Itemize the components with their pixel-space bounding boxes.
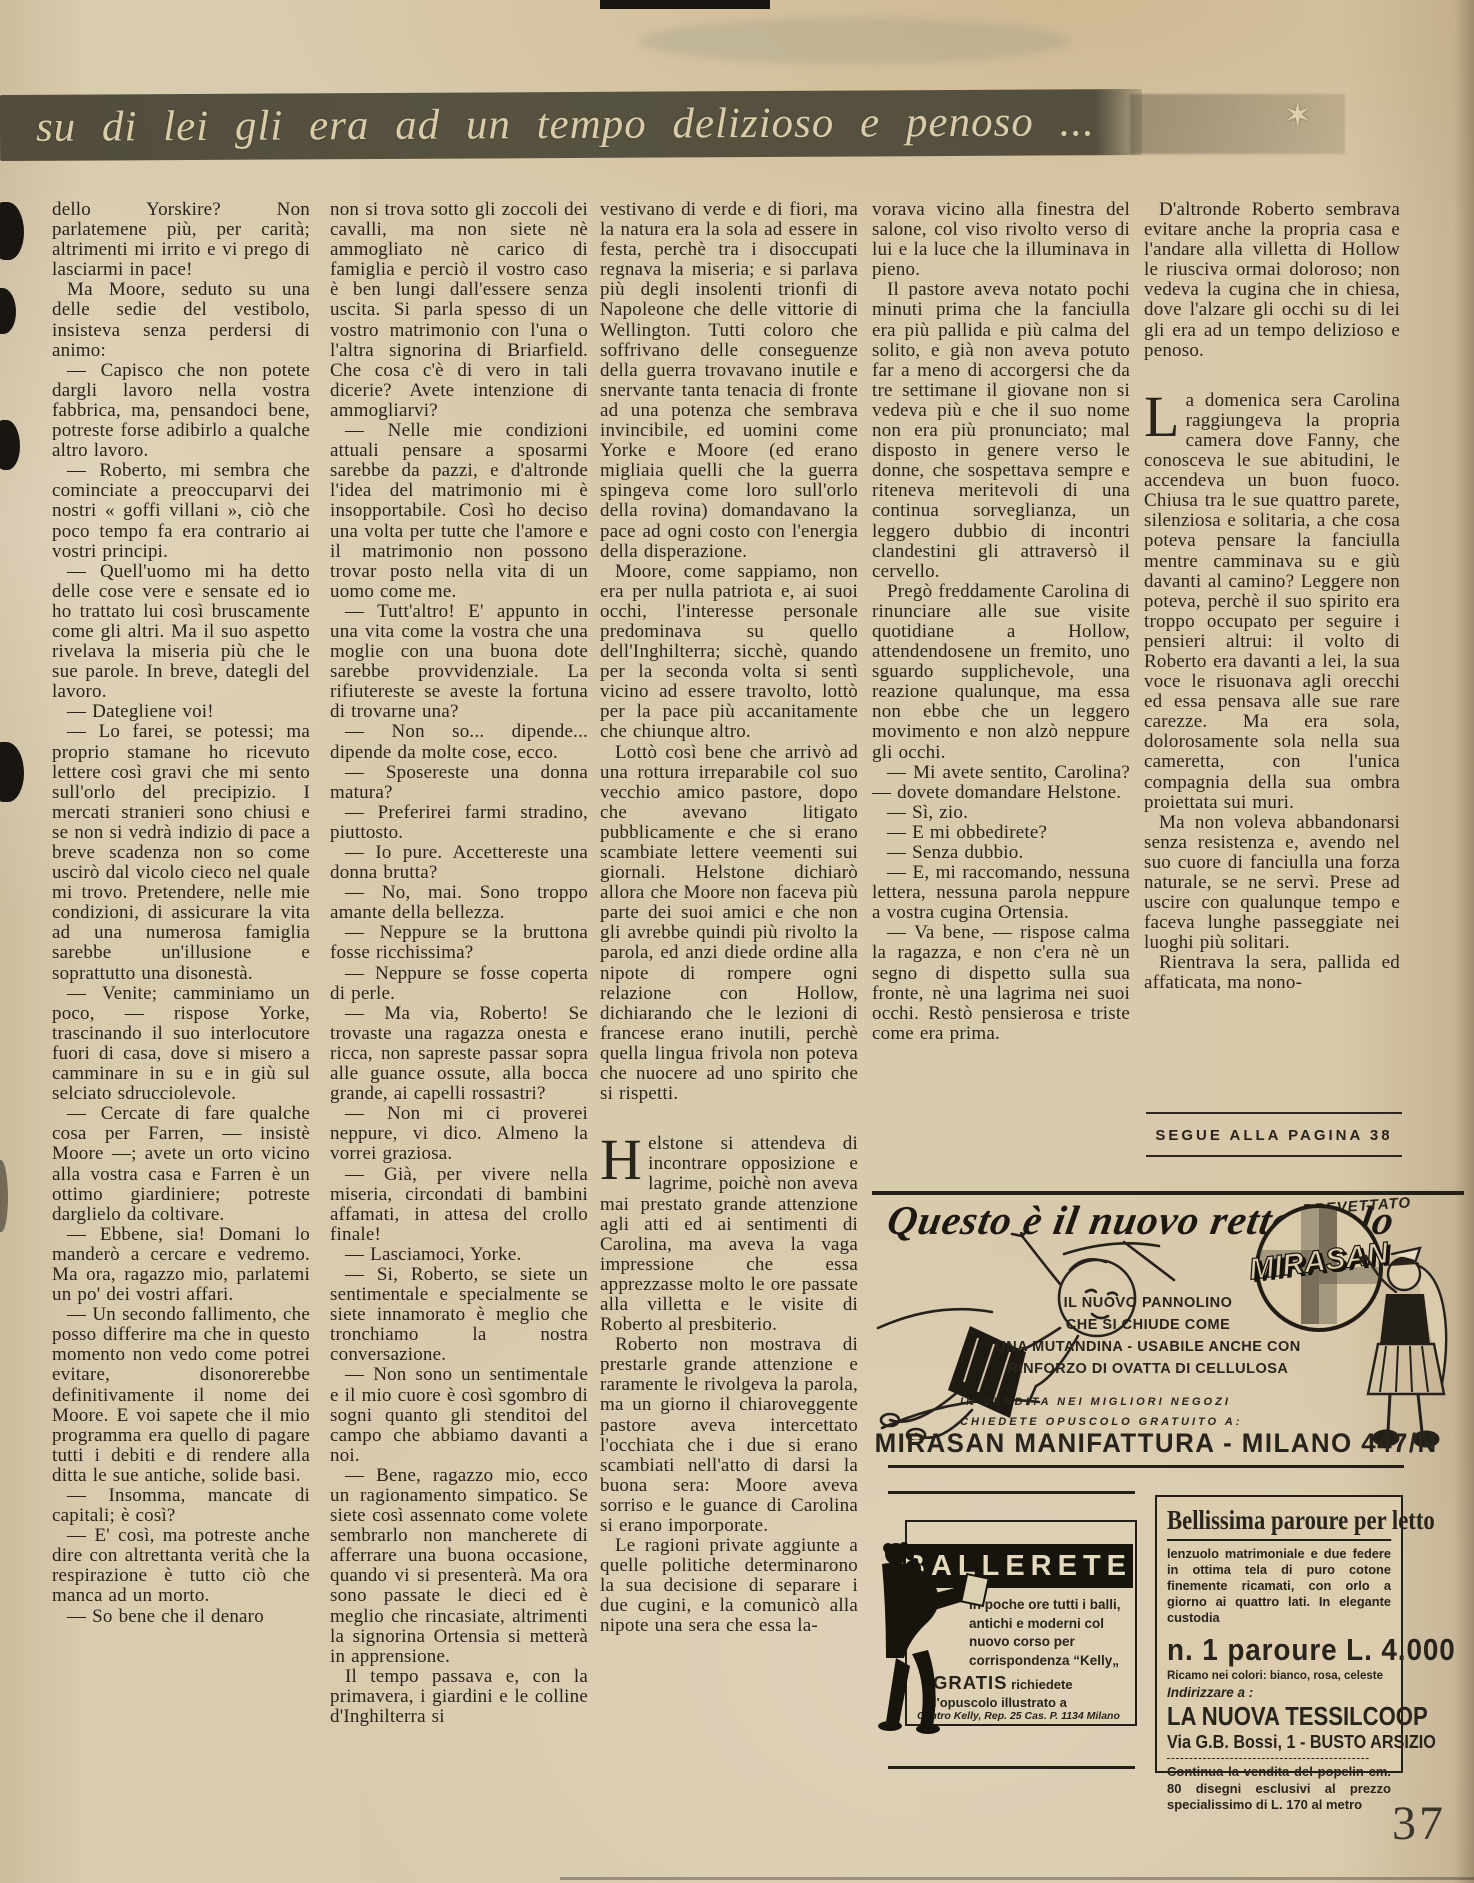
body-paragraph: — Neppure se fosse coperta di perle.: [330, 964, 588, 1004]
tessilcoop-footer: Continua la vendita del popelin cm. 80 d…: [1167, 1764, 1391, 1814]
ad-text-line: RINFORZO DI OVATTA DI CELLULOSA: [952, 1358, 1344, 1380]
tessilcoop-company: LA NUOVA TESSILCOOP: [1167, 1701, 1357, 1732]
tessilcoop-price: n. 1 paroure L. 4.000: [1167, 1632, 1391, 1668]
body-paragraph: La domenica sera Carolina raggiungeva la…: [1144, 391, 1400, 813]
divider-rule: [888, 1491, 1135, 1494]
body-paragraph: — Non sono un sentimentale e il mio cuor…: [330, 1365, 588, 1465]
header-banner: su di lei gli era ad un tempo delizioso …: [0, 89, 1142, 161]
body-paragraph: — Neppure se la bruttona fosse ricchissi…: [330, 923, 588, 963]
ad-text-line: CHE SI CHIUDE COME: [952, 1314, 1344, 1336]
body-paragraph: — Senza dubbio.: [872, 843, 1130, 863]
tessilcoop-address-label: Indirizzare a :: [1167, 1685, 1391, 1700]
scan-artifact: [600, 0, 770, 9]
body-paragraph: — Un secondo fallimento, che posso diffe…: [52, 1305, 310, 1486]
body-paragraph: Ma non voleva abbandonarsi senza resiste…: [1144, 813, 1400, 954]
body-paragraph: — So bene che il denaro: [52, 1607, 310, 1627]
scan-artifact: [560, 1877, 1474, 1880]
body-paragraph: — Sì, zio.: [872, 803, 1130, 823]
mirasan-slogan: IL NUOVO PANNOLINOCHE SI CHIUDE COMEUNA …: [952, 1292, 1344, 1380]
body-paragraph: — No, mai. Sono troppo amante della bell…: [330, 883, 588, 923]
body-paragraph: — Lasciamoci, Yorke.: [330, 1245, 588, 1265]
banner-wash: [1130, 94, 1345, 154]
body-paragraph: Lottò così bene che arrivò ad una rottur…: [600, 743, 858, 1105]
body-paragraph: — Preferirei farmi stradino, piuttosto.: [330, 803, 588, 843]
body-paragraph: D'altronde Roberto sembrava evitare anch…: [1144, 200, 1400, 361]
body-paragraph: — Dategliene voi!: [52, 702, 310, 722]
body-paragraph: vestivano di verde e di fiori, ma la nat…: [600, 200, 858, 562]
body-paragraph: — E, mi raccomando, nessuna lettera, nes…: [872, 863, 1130, 923]
body-paragraph: Pregò freddamente Carolina di rinunciare…: [872, 582, 1130, 763]
divider-rule: [872, 1191, 1464, 1195]
body-paragraph: — Ebbene, sia! Domani lo manderò a cerca…: [52, 1225, 310, 1305]
body-paragraph: — Quell'uomo mi ha detto delle cose vere…: [52, 562, 310, 703]
mirasan-notes: IN VENDITA NEI MIGLIORI NEGOZICHIEDETE O…: [960, 1392, 1290, 1432]
body-paragraph: Roberto non mostrava di prestarle grande…: [600, 1335, 858, 1536]
body-paragraph: — Lo farei, se potessi; ma proprio stama…: [52, 722, 310, 983]
scan-artifact: [0, 742, 24, 802]
scan-artifact: [0, 420, 20, 470]
body-paragraph: Le ragioni private aggiunte a quelle pol…: [600, 1536, 858, 1636]
scan-artifact: [0, 202, 24, 260]
body-paragraph: — Ma via, Roberto! Se trovaste una ragaz…: [330, 1004, 588, 1104]
body-paragraph: — Già, per vivere nella miseria, circond…: [330, 1165, 588, 1245]
dancing-couple-illustration: [866, 1538, 994, 1734]
body-paragraph: — Capisco che non potete dargli lavoro n…: [52, 361, 310, 461]
body-paragraph: — Bene, ragazzo mio, ecco un ragionament…: [330, 1466, 588, 1667]
body-paragraph: — Cercate di fare qualche cosa per Farre…: [52, 1104, 310, 1225]
body-paragraph: — Roberto, mi sembra che cominciate a pr…: [52, 461, 310, 561]
divider-rule: [888, 1465, 1404, 1468]
text-column-2: non si trova sotto gli zoccoli dei caval…: [330, 200, 588, 1792]
body-paragraph: — Tutt'altro! E' appunto in una vita com…: [330, 602, 588, 723]
body-paragraph: — Non mi ci proverei neppure, vi dico. A…: [330, 1104, 588, 1164]
ad-text-line: IN VENDITA NEI MIGLIORI NEGOZI: [960, 1392, 1290, 1412]
mirasan-footer: MIRASAN MANIFATTURA - MILANO 447/N: [872, 1428, 1440, 1459]
text-column-4: vorava vicino alla finestra del salone, …: [872, 200, 1130, 1165]
page-number: 37: [1392, 1796, 1446, 1851]
body-paragraph: dello Yorskire? Non parlatemene più, per…: [52, 200, 310, 280]
ad-text-line: UNA MUTANDINA - USABILE ANCHE CON: [952, 1336, 1344, 1358]
banner-title: su di lei gli era ad un tempo delizioso …: [36, 97, 1095, 152]
body-paragraph: — Sposereste una donna matura?: [330, 763, 588, 803]
body-paragraph: Moore, come sappiamo, non era per nulla …: [600, 562, 858, 743]
divider-rule: [888, 1766, 1135, 1769]
body-paragraph: non si trova sotto gli zoccoli dei caval…: [330, 200, 588, 421]
body-paragraph: — Non so... dipende... dipende da molte …: [330, 722, 588, 762]
body-paragraph: Rientrava la sera, pallida ed affaticata…: [1144, 953, 1400, 993]
text-column-3: vestivano di verde e di fiori, ma la nat…: [600, 200, 858, 1760]
body-paragraph: — Insomma, mancate di capitali; è così?: [52, 1486, 310, 1526]
page-curl-shadow: [1454, 0, 1474, 1883]
tessilcoop-ad: Bellissima paroure per letto lenzuolo ma…: [1155, 1495, 1403, 1773]
body-paragraph: — E mi obbedirete?: [872, 823, 1130, 843]
body-paragraph: — E' così, ma potreste anche dire con al…: [52, 1526, 310, 1606]
body-paragraph: — Io pure. Accettereste una donna brutta…: [330, 843, 588, 883]
body-paragraph: Ma Moore, seduto su una delle sedie del …: [52, 280, 310, 360]
body-paragraph: — Venite; camminiamo un poco, — rispose …: [52, 984, 310, 1105]
text-column-1: dello Yorskire? Non parlatemene più, per…: [52, 200, 310, 1792]
text-column-5: D'altronde Roberto sembrava evitare anch…: [1144, 200, 1400, 1100]
tessilcoop-desc: lenzuolo matrimoniale e due federe in ot…: [1167, 1546, 1391, 1626]
tessilcoop-title: Bellissima paroure per letto: [1167, 1505, 1391, 1541]
body-paragraph: — Si, Roberto, se siete un sentimentale …: [330, 1265, 588, 1365]
body-paragraph: Helstone si attendeva di incontrare oppo…: [600, 1134, 858, 1335]
body-paragraph: vorava vicino alla finestra del salone, …: [872, 200, 1130, 280]
drop-cap: H: [600, 1134, 648, 1183]
body-paragraph: — Va bene, — rispose calma la ragazza, e…: [872, 923, 1130, 1044]
star-icon: ✶: [1283, 96, 1312, 136]
body-paragraph: Il tempo passava e, con la primavera, i …: [330, 1667, 588, 1727]
body-paragraph: — Nelle mie condizioni attuali pensare a…: [330, 421, 588, 602]
tessilcoop-colors: Ricamo nei colori: bianco, rosa, celeste: [1167, 1670, 1391, 1682]
drop-cap: L: [1144, 391, 1186, 440]
scan-artifact: [0, 288, 16, 334]
magazine-page: su di lei gli era ad un tempo delizioso …: [0, 0, 1474, 1883]
scan-artifact: [0, 1160, 8, 1232]
segue-note: SEGUE ALLA PAGINA 38: [1146, 1112, 1402, 1157]
bleed-through-smudge: [640, 18, 1070, 64]
tessilcoop-address: Via G.B. Bossi, 1 - BUSTO ARSIZIO: [1167, 1732, 1369, 1759]
ad-text-line: IL NUOVO PANNOLINO: [952, 1292, 1344, 1314]
body-paragraph: Il pastore aveva notato pochi minuti pri…: [872, 280, 1130, 581]
nurse-girl-illustration: [1352, 1236, 1464, 1448]
body-paragraph: — Mi avete sentito, Carolina? — dovete d…: [872, 763, 1130, 803]
